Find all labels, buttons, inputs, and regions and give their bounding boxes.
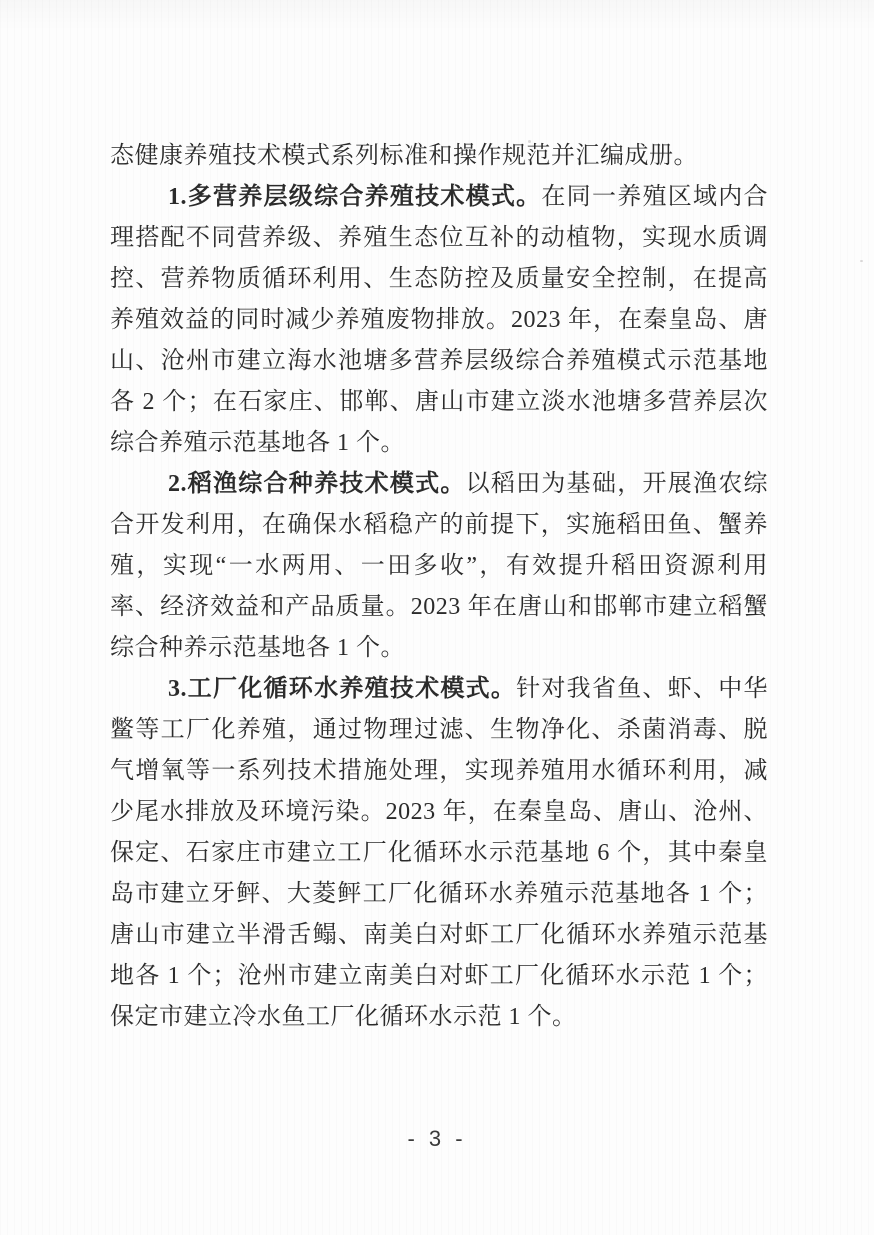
scan-speck — [860, 260, 863, 262]
section-heading-3: 3.工厂化循环水养殖技术模式。 — [168, 676, 516, 702]
section-paragraph-2: 2.稻渔综合种养技术模式。以稻田为基础，开展渔农综合开发利用，在确保水稻稳产的前… — [110, 464, 768, 669]
section-paragraph-3: 3.工厂化循环水养殖技术模式。针对我省鱼、虾、中华鳖等工厂化养殖，通过物理过滤、… — [110, 669, 768, 1038]
section-paragraph-1: 1.多营养层级综合养殖技术模式。在同一养殖区域内合理搭配不同营养级、养殖生态位互… — [110, 177, 768, 464]
page-number: - 3 - — [0, 1126, 874, 1152]
continuation-paragraph: 态健康养殖技术模式系列标准和操作规范并汇编成册。 — [110, 136, 768, 177]
section-heading-1: 1.多营养层级综合养殖技术模式。 — [168, 184, 541, 210]
document-body: 态健康养殖技术模式系列标准和操作规范并汇编成册。 1.多营养层级综合养殖技术模式… — [110, 136, 768, 1038]
scan-speck — [528, 140, 531, 143]
section-body-2: 以稻田为基础，开展渔农综合开发利用，在确保水稻稳产的前提下，实施稻田鱼、蟹养殖，… — [110, 471, 768, 661]
scanned-document-page: 态健康养殖技术模式系列标准和操作规范并汇编成册。 1.多营养层级综合养殖技术模式… — [0, 0, 874, 1235]
section-body-1: 在同一养殖区域内合理搭配不同营养级、养殖生态位互补的动植物，实现水质调控、营养物… — [110, 184, 768, 456]
section-heading-2: 2.稻渔综合种养技术模式。 — [168, 471, 466, 497]
section-body-3: 针对我省鱼、虾、中华鳖等工厂化养殖，通过物理过滤、生物净化、杀菌消毒、脱气增氧等… — [110, 676, 768, 1030]
